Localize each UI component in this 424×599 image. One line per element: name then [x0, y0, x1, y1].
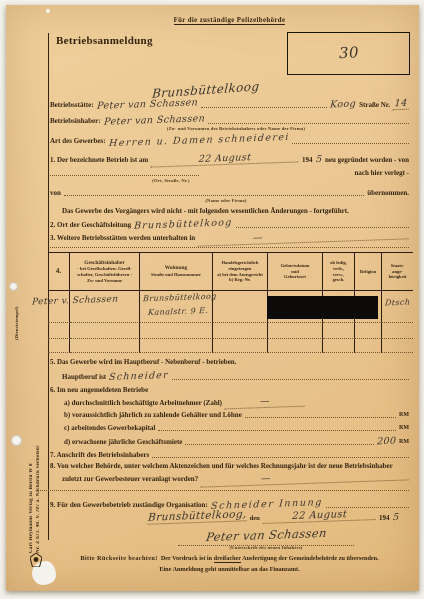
dateline-row: Brunsbüttelkoog, den 22 August 194 5 — [148, 508, 399, 522]
signature-caption: (Unterschrift des neuen Inhabers) — [196, 545, 336, 550]
item8-line2: zuletzt zur Gewerbesteuer veranlagt word… — [62, 475, 198, 483]
table-cell — [213, 323, 268, 339]
table-cell — [323, 323, 355, 339]
footer-sentence-post: Ausfertigung der Gemeindebehörde zu über… — [242, 555, 379, 562]
col-header-register-line: b) Reg.-Nr. — [229, 277, 251, 283]
dotted-line — [152, 456, 409, 458]
item3-value: — — [198, 228, 409, 246]
dotted-line — [208, 122, 409, 124]
col-header-home: Wohnung Straße und Hausnummer — [140, 253, 213, 291]
street-number-value: 14 — [393, 98, 410, 109]
col-header-nationality-line: hörigkeit — [389, 274, 407, 280]
owner-row: Betriebsinhaber: Peter van Schassen — [50, 113, 409, 125]
footer-sentence-underlined: dreifacher — [214, 555, 241, 563]
trade-label: Art des Gewerbes: — [50, 137, 106, 145]
item6-a-label: a) durchschnittlich beschäftigte Arbeitn… — [64, 399, 222, 407]
item8-value: — — [201, 469, 409, 487]
dateline-place: Brunsbüttelkoog, — [148, 509, 247, 524]
item2-label: 2. Ort der Geschäftsleitung — [50, 221, 131, 229]
item8-row2: zuletzt zur Gewerbesteuer veranlagt word… — [62, 472, 409, 483]
item5-main-row: Hauptberuf ist Schneider — [62, 368, 409, 381]
table-cell — [48, 339, 70, 353]
item6-c-label: c) arbeitendes Gewerbekapital — [64, 424, 155, 432]
item6d-row: d) erwachsene jährliche Geschäftsmiete 2… — [64, 434, 409, 446]
col-header-birth-line: Geburtsort — [284, 274, 306, 280]
item6c-row: c) arbeitendes Gewerbekapital RM — [64, 421, 409, 432]
site-row: Betriebsstätte: Peter van Schassen Koog … — [50, 97, 409, 109]
item5-row: 5. Das Gewerbe wird im Hauptberuf - Nebe… — [50, 357, 409, 366]
item1-caption-place: (Ort, Straße, Nr.) — [101, 178, 241, 183]
item2-row: 2. Ort der Geschäftsleitung Brunsbüttelk… — [50, 216, 409, 229]
footer-sentence-pre: Der Vordruck ist in — [161, 555, 212, 562]
trade-value: Herren u. Damen schneiderei — [108, 132, 289, 148]
row1-nationality: Dtsch — [385, 299, 411, 308]
margin-stamp-caption: (Dienststempel) — [14, 255, 19, 340]
table-cell — [355, 339, 382, 353]
item1-text-post: neu gegründet worden - von — [325, 156, 409, 164]
table-cell — [382, 323, 413, 339]
item6-intro-row: 6. Im neu angemeldeten Betriebe — [50, 385, 409, 394]
item1-year-value: 5 — [315, 154, 322, 164]
item6a-row: a) durchschnittlich beschäftigte Arbeitn… — [64, 396, 349, 407]
item7-label: 7. Anschrift des Betriebsinhabers — [50, 451, 149, 459]
footer-line2: Eine Anmeldung geht unmittelbar an das F… — [50, 566, 409, 573]
item1-predecessor-text: Das Gewerbe des Vorgängers wird nicht - … — [62, 207, 349, 215]
owner-caption: (Zu- und Vornamen des Betriebsinhabers o… — [126, 126, 346, 131]
dotted-line — [292, 142, 409, 144]
col-header-religion-line: Religion — [360, 269, 376, 275]
item1-year-print: 194 — [302, 156, 313, 164]
table-item-number: 4. — [48, 253, 70, 291]
table-cell — [268, 323, 323, 339]
dotted-line — [236, 226, 409, 228]
col-header-religion: Religion — [355, 253, 382, 291]
footer-line1: Bitte Rückseite beachten! Der Vordruck i… — [50, 555, 409, 562]
dotted-line — [158, 429, 396, 431]
site-value: Peter van Schassen — [96, 98, 198, 111]
table-cell — [213, 291, 268, 323]
dotted-separator — [36, 489, 409, 491]
dotted-line — [64, 194, 364, 196]
dateline-den: den — [250, 515, 260, 522]
item6-d-label: d) erwachsene jährliche Geschäftsmiete — [64, 438, 182, 446]
dateline-date: 22 August — [262, 509, 376, 524]
item5-main-value: Schneider — [109, 370, 169, 382]
col-header-home-line: Straße und Hausnummer — [151, 272, 201, 278]
police-authority-note-text: Für die zuständige Polizeibehörde — [174, 17, 286, 25]
item1-von-row: von übernommen. — [50, 187, 409, 197]
col-header-register: Handelsgerichtlich eingetragen a) bei de… — [213, 253, 268, 291]
item1-moved-row: nach hier verlegt - — [50, 167, 409, 177]
trade-row: Art des Gewerbes: Herren u. Damen schnei… — [50, 132, 409, 145]
col-header-owner-line: Geschäftsinhaber — [84, 260, 124, 267]
signature-name: Peter van Schassen — [205, 528, 327, 544]
margin-publisher: Carl Heymanns Verlag zu Berlin W 8 — [29, 423, 34, 553]
registration-number: 30 — [338, 45, 359, 61]
item6b-row: b) voraussichtlich jährlich zu zahlende … — [64, 408, 409, 419]
punch-hole — [11, 435, 22, 446]
dotted-line — [201, 106, 328, 108]
item6-b-label: b) voraussichtlich jährlich zu zahlende … — [64, 411, 242, 419]
col-header-birth: Geburtsdatum und Geburtsort — [268, 253, 323, 291]
dotted-line — [172, 378, 409, 380]
form-title: Betriebsanmeldung — [56, 35, 153, 47]
table-cell — [355, 323, 382, 339]
col-header-owner: Geschäftsinhaber - bei Gesellschaften: G… — [70, 253, 140, 291]
owner-label: Betriebsinhaber: — [50, 117, 101, 125]
col-header-owner-line: Zu- und Vorname — [87, 278, 122, 284]
item8-row1: 8. Von welcher Behörde, unter welchem Ak… — [50, 461, 409, 470]
margin-print-reference: Nr. Z 671. 40. V. 707 a. Nachdruck verbo… — [36, 413, 41, 553]
item1-text-pre: 1. Der bezeichnete Betrieb ist am — [50, 156, 148, 164]
item5-main-label: Hauptberuf ist — [62, 373, 106, 381]
table-cell — [382, 339, 413, 353]
street-label: Straße Nr. — [359, 101, 390, 109]
item8-line1: 8. Von welcher Behörde, unter welchem Ak… — [50, 462, 393, 470]
item6-b-unit: RM — [399, 412, 409, 419]
item6-d-unit: RM — [399, 439, 409, 446]
item1-moved-text: nach hier verlegt - — [355, 169, 410, 177]
item1-row: 1. Der bezeichnete Betrieb ist am 22 Aug… — [50, 151, 409, 164]
item1-takenover-text: übernommen. — [367, 189, 409, 197]
owner-value: Peter van Schassen — [103, 114, 205, 127]
police-authority-note: Für die zuständige Polizeibehörde — [50, 17, 409, 24]
item6-intro: 6. Im neu angemeldeten Betriebe — [50, 386, 148, 394]
item3-label: 3. Weitere Betriebsstätten werden unterh… — [50, 234, 195, 242]
redaction-box — [267, 296, 378, 319]
footer-notice: Bitte Rückseite beachten! — [80, 555, 157, 562]
table-cell — [268, 339, 323, 353]
table-cell — [48, 323, 70, 339]
dotted-line — [50, 174, 199, 176]
dotted-line — [245, 416, 396, 418]
item5-text: 5. Das Gewerbe wird im Hauptberuf - Nebe… — [50, 358, 236, 366]
table-cell — [70, 339, 140, 353]
registration-number-box: 30 — [287, 32, 410, 75]
publisher-emblem-icon — [30, 553, 42, 572]
item1-date-value: 22 August — [151, 151, 299, 167]
signature-line: Peter van Schassen — [178, 526, 354, 546]
table-cell — [213, 339, 268, 353]
dateline-year-print: 194 — [379, 514, 390, 522]
dotted-separator — [50, 246, 409, 248]
site-label: Betriebsstätte: — [50, 101, 94, 109]
item2-value: Brunsbüttelkoog — [134, 218, 233, 231]
site-place-value: Koog — [330, 99, 357, 109]
item3-row: 3. Weitere Betriebsstätten werden unterh… — [50, 231, 409, 242]
item1-caption-firm: (Name oder Firma) — [156, 198, 296, 203]
col-header-nationality: Staats- ange- hörigkeit — [382, 253, 413, 291]
item6-a-value: — — [225, 395, 306, 408]
item6-c-unit: RM — [399, 425, 409, 432]
item6-d-value: 200 — [376, 436, 396, 446]
table-cell — [140, 323, 213, 339]
paper-sheet: (Dienststempel) Nr. Z 671. 40. V. 707 a.… — [6, 5, 419, 591]
item7-row: 7. Anschrift des Betriebsinhabers — [50, 449, 409, 459]
owners-table: 4. Geschäftsinhaber - bei Gesellschaften… — [48, 252, 413, 353]
table-cell — [140, 339, 213, 353]
item1-predecessor-row: Das Gewerbe des Vorgängers wird nicht - … — [62, 206, 409, 215]
dateline-year: 5 — [392, 512, 399, 522]
col-header-home-line: Wohnung — [165, 265, 187, 272]
dotted-line — [185, 443, 373, 445]
col-header-status: ob ledig, verh., verw., gesch. — [323, 253, 355, 291]
item1-von-label: von — [50, 189, 61, 197]
table-cell — [70, 323, 140, 339]
table-cell — [323, 339, 355, 353]
paper-speck — [46, 9, 50, 13]
col-header-status-line: gesch. — [333, 277, 345, 283]
scanned-document: (Dienststempel) Nr. Z 671. 40. V. 707 a.… — [0, 0, 424, 599]
